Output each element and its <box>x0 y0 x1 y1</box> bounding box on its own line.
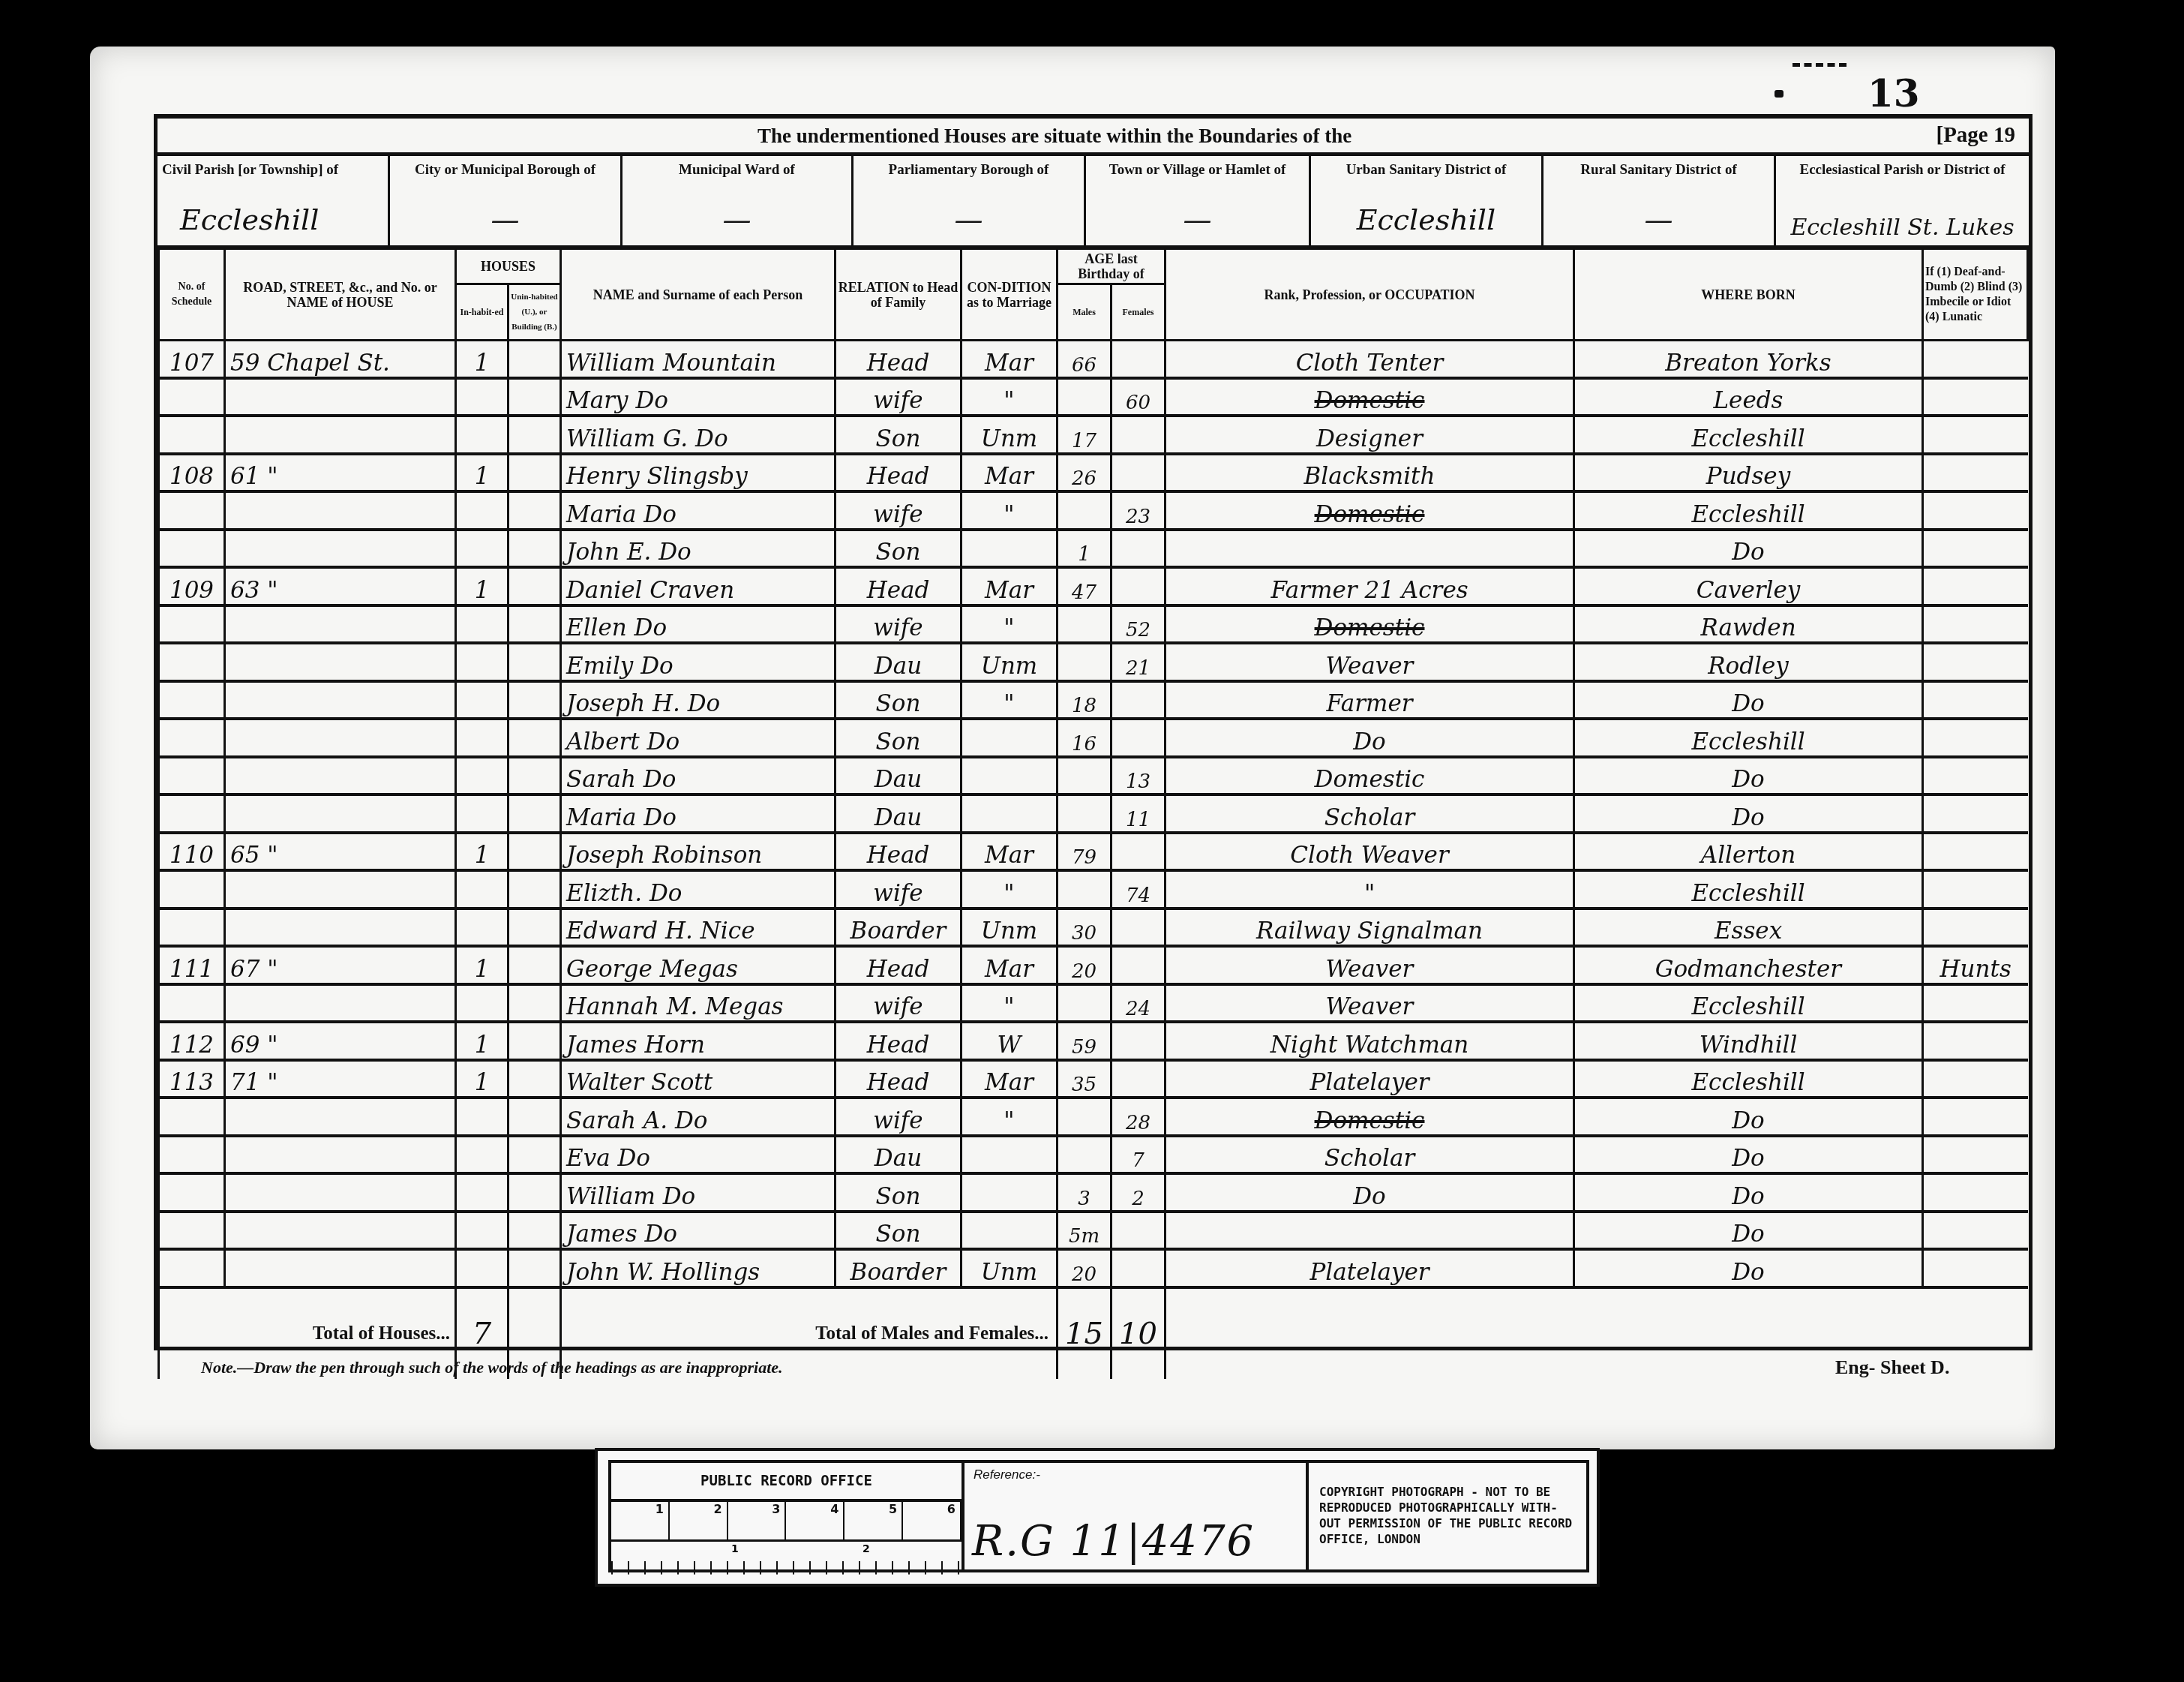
female-age <box>1111 1022 1165 1060</box>
occupation <box>1165 1212 1574 1250</box>
male-age <box>1057 643 1111 681</box>
uninhabited-count <box>508 1098 561 1136</box>
table-row: Maria DoDau11ScholarDo <box>159 794 2028 833</box>
relation-to-head: Son <box>835 530 961 568</box>
marital-condition: " <box>961 984 1057 1023</box>
schedule-number <box>159 643 225 681</box>
inhabited-count <box>456 757 508 795</box>
infirmity <box>1923 1136 2028 1174</box>
male-age: 3 <box>1057 1173 1111 1212</box>
inhabited-count <box>456 909 508 947</box>
sheet-label: Eng- Sheet D. <box>1835 1356 1949 1379</box>
male-age: 5m <box>1057 1212 1111 1250</box>
marital-condition: Mar <box>961 1060 1057 1098</box>
occupation: Railway Signalman <box>1165 909 1574 947</box>
reference-label: Reference:- <box>973 1467 1040 1482</box>
schedule-number <box>159 909 225 947</box>
road-address <box>225 1212 456 1250</box>
person-name: Edward H. Nice <box>561 909 835 947</box>
road-address <box>225 605 456 644</box>
ruler-cm: 1 2 3 4 5 6 <box>611 1502 961 1542</box>
female-age: 7 <box>1111 1136 1165 1174</box>
table-row: Elizth. Dowife"74"Eccleshill <box>159 870 2028 909</box>
census-form: The undermentioned Houses are situate wi… <box>154 114 2032 1350</box>
uninhabited-count <box>508 1136 561 1174</box>
occupation <box>1165 530 1574 568</box>
col-schedule: No. of Schedule <box>159 250 225 341</box>
female-age <box>1111 946 1165 984</box>
person-name: Henry Slingsby <box>561 454 835 492</box>
schedule-number: 109 <box>159 567 225 605</box>
total-males: 15 <box>1057 1287 1111 1379</box>
inhabited-count: 1 <box>456 1022 508 1060</box>
table-row: Mary Dowife"60DomesticLeeds <box>159 378 2028 416</box>
uninhabited-count <box>508 984 561 1023</box>
birthplace: Caverley <box>1574 567 1923 605</box>
table-row: Eva DoDau7ScholarDo <box>159 1136 2028 1174</box>
male-age: 30 <box>1057 909 1111 947</box>
inhabited-count <box>456 530 508 568</box>
birthplace: Do <box>1574 794 1923 833</box>
road-address <box>225 530 456 568</box>
road-address: 63 " <box>225 567 456 605</box>
person-name: Walter Scott <box>561 1060 835 1098</box>
uninhabited-count <box>508 643 561 681</box>
road-address <box>225 1136 456 1174</box>
uninhabited-count <box>508 833 561 871</box>
occupation: Platelayer <box>1165 1060 1574 1098</box>
relation-to-head: Boarder <box>835 909 961 947</box>
birthplace: Do <box>1574 1212 1923 1250</box>
table-row: Sarah A. Dowife"28DomesticDo <box>159 1098 2028 1136</box>
occupation: Platelayer <box>1165 1249 1574 1287</box>
birthplace: Windhill <box>1574 1022 1923 1060</box>
person-name: James Do <box>561 1212 835 1250</box>
infirmity <box>1923 454 2028 492</box>
road-address: 69 " <box>225 1022 456 1060</box>
birthplace: Pudsey <box>1574 454 1923 492</box>
household-table: No. of Schedule ROAD, STREET, &c., and N… <box>157 250 2029 1379</box>
birthplace: Eccleshill <box>1574 416 1923 454</box>
birthplace: Rawden <box>1574 605 1923 644</box>
inhabited-count <box>456 681 508 719</box>
road-address <box>225 1098 456 1136</box>
inhabited-count <box>456 870 508 909</box>
schedule-number <box>159 984 225 1023</box>
person-name: Mary Do <box>561 378 835 416</box>
form-title-row: The undermentioned Houses are situate wi… <box>157 119 2029 156</box>
relation-to-head: Dau <box>835 794 961 833</box>
road-address <box>225 681 456 719</box>
birthplace: Eccleshill <box>1574 1060 1923 1098</box>
schedule-number <box>159 530 225 568</box>
form-title: The undermentioned Houses are situate wi… <box>757 125 1351 148</box>
table-row: 11269 "1James HornHeadW59Night WatchmanW… <box>159 1022 2028 1060</box>
inhabited-count <box>456 1136 508 1174</box>
inhabited-count: 1 <box>456 567 508 605</box>
occupation: Scholar <box>1165 794 1574 833</box>
marital-condition: Mar <box>961 833 1057 871</box>
marital-condition <box>961 1173 1057 1212</box>
infirmity <box>1923 567 2028 605</box>
uninhabited-count <box>508 946 561 984</box>
relation-to-head: Son <box>835 1212 961 1250</box>
occupation: Weaver <box>1165 984 1574 1023</box>
person-name: Hannah M. Megas <box>561 984 835 1023</box>
marital-condition: " <box>961 605 1057 644</box>
uninhabited-count <box>508 1173 561 1212</box>
female-age <box>1111 454 1165 492</box>
household-rows: 10759 Chapel St.1William MountainHeadMar… <box>159 341 2028 1287</box>
col-age: AGE last Birthday of <box>1057 250 1165 284</box>
occupation: Domestic <box>1165 605 1574 644</box>
person-name: Joseph H. Do <box>561 681 835 719</box>
table-row: 10759 Chapel St.1William MountainHeadMar… <box>159 341 2028 378</box>
road-address <box>225 984 456 1023</box>
female-age: 23 <box>1111 491 1165 530</box>
marital-condition: " <box>961 1098 1057 1136</box>
relation-to-head: Dau <box>835 1136 961 1174</box>
table-row: Edward H. NiceBoarderUnm30Railway Signal… <box>159 909 2028 947</box>
occupation: Domestic <box>1165 378 1574 416</box>
table-row: 11065 "1Joseph RobinsonHeadMar79Cloth We… <box>159 833 2028 871</box>
schedule-number <box>159 1098 225 1136</box>
schedule-number <box>159 719 225 757</box>
inhabited-count: 1 <box>456 454 508 492</box>
relation-to-head: wife <box>835 984 961 1023</box>
inhabited-count <box>456 643 508 681</box>
infirmity <box>1923 605 2028 644</box>
inhabited-count <box>456 416 508 454</box>
marital-condition: Mar <box>961 567 1057 605</box>
uninhabited-count <box>508 681 561 719</box>
road-address <box>225 378 456 416</box>
male-age <box>1057 378 1111 416</box>
birthplace: Do <box>1574 1249 1923 1287</box>
person-name: Sarah Do <box>561 757 835 795</box>
birthplace: Godmanchester <box>1574 946 1923 984</box>
uninhabited-count <box>508 1022 561 1060</box>
male-age: 66 <box>1057 341 1111 378</box>
female-age: 52 <box>1111 605 1165 644</box>
folio-number: 13 <box>1867 71 1920 116</box>
marital-condition: Mar <box>961 946 1057 984</box>
record-office-stamp: PUBLIC RECORD OFFICE 1 2 3 4 5 6 1 2 Ref… <box>595 1448 1600 1587</box>
district-parliamentary-borough: Parliamentary Borough of — <box>853 156 1086 245</box>
birthplace: Do <box>1574 1173 1923 1212</box>
table-row: John E. DoSon1Do <box>159 530 2028 568</box>
col-road: ROAD, STREET, &c., and No. or NAME of HO… <box>225 250 456 341</box>
schedule-number: 111 <box>159 946 225 984</box>
inhabited-count <box>456 1098 508 1136</box>
uninhabited-count <box>508 794 561 833</box>
person-name: James Horn <box>561 1022 835 1060</box>
inhabited-count <box>456 984 508 1023</box>
uninhabited-count <box>508 378 561 416</box>
road-address <box>225 909 456 947</box>
table-row: William G. DoSonUnm17DesignerEccleshill <box>159 416 2028 454</box>
table-row: Hannah M. Megaswife"24WeaverEccleshill <box>159 984 2028 1023</box>
occupation: Scholar <box>1165 1136 1574 1174</box>
uninhabited-count <box>508 870 561 909</box>
inhabited-count <box>456 605 508 644</box>
birthplace: Do <box>1574 757 1923 795</box>
folio-dash <box>1792 63 1846 71</box>
birthplace: Eccleshill <box>1574 491 1923 530</box>
schedule-number <box>159 1249 225 1287</box>
inhabited-count: 1 <box>456 341 508 378</box>
relation-to-head: Head <box>835 946 961 984</box>
inhabited-count: 1 <box>456 833 508 871</box>
marital-condition: " <box>961 681 1057 719</box>
relation-to-head: Son <box>835 719 961 757</box>
birthplace: Do <box>1574 1098 1923 1136</box>
table-row: 11371 "1Walter ScottHeadMar35PlatelayerE… <box>159 1060 2028 1098</box>
person-name: William Mountain <box>561 341 835 378</box>
infirmity <box>1923 1249 2028 1287</box>
table-row: 10861 "1Henry SlingsbyHeadMar26Blacksmit… <box>159 454 2028 492</box>
uninhabited-count <box>508 1212 561 1250</box>
ink-dot <box>1774 90 1783 98</box>
infirmity <box>1923 530 2028 568</box>
uninhabited-count <box>508 454 561 492</box>
inhabited-count <box>456 378 508 416</box>
birthplace: Essex <box>1574 909 1923 947</box>
infirmity <box>1923 719 2028 757</box>
district-value: Eccleshill St. Lukes <box>1776 215 2029 241</box>
male-age <box>1057 794 1111 833</box>
female-age <box>1111 909 1165 947</box>
marital-condition: Unm <box>961 416 1057 454</box>
inhabited-count <box>456 1249 508 1287</box>
infirmity <box>1923 833 2028 871</box>
col-houses: HOUSES <box>456 250 561 284</box>
relation-to-head: Head <box>835 833 961 871</box>
infirmity <box>1923 1060 2028 1098</box>
inhabited-count: 1 <box>456 946 508 984</box>
person-name: Joseph Robinson <box>561 833 835 871</box>
infirmity <box>1923 491 2028 530</box>
schedule-number <box>159 870 225 909</box>
col-where-born: WHERE BORN <box>1574 250 1923 341</box>
col-relation: RELATION to Head of Family <box>835 250 961 341</box>
scale-ruler-box: PUBLIC RECORD OFFICE 1 2 3 4 5 6 1 2 <box>608 1460 964 1572</box>
relation-to-head: wife <box>835 491 961 530</box>
person-name: Maria Do <box>561 491 835 530</box>
infirmity <box>1923 870 2028 909</box>
inhabited-count <box>456 794 508 833</box>
schedule-number <box>159 491 225 530</box>
district-town-village: Town or Village or Hamlet of — <box>1086 156 1311 245</box>
col-inhabited: In-habit-ed <box>456 284 508 341</box>
schedule-number: 112 <box>159 1022 225 1060</box>
occupation: Weaver <box>1165 643 1574 681</box>
birthplace: Do <box>1574 530 1923 568</box>
occupation: Weaver <box>1165 946 1574 984</box>
schedule-number: 110 <box>159 833 225 871</box>
road-address <box>225 794 456 833</box>
district-value: Eccleshill <box>157 203 388 236</box>
male-age: 18 <box>1057 681 1111 719</box>
col-males: Males <box>1057 284 1111 341</box>
district-rural-sanitary: Rural Sanitary District of — <box>1543 156 1776 245</box>
relation-to-head: wife <box>835 378 961 416</box>
road-address: 71 " <box>225 1060 456 1098</box>
infirmity <box>1923 984 2028 1023</box>
relation-to-head: Head <box>835 567 961 605</box>
female-age: 21 <box>1111 643 1165 681</box>
relation-to-head: wife <box>835 1098 961 1136</box>
marital-condition: W <box>961 1022 1057 1060</box>
uninhabited-count <box>508 530 561 568</box>
schedule-number: 108 <box>159 454 225 492</box>
marital-condition: Unm <box>961 643 1057 681</box>
road-address: 59 Chapel St. <box>225 341 456 378</box>
table-row: John W. HollingsBoarderUnm20PlatelayerDo <box>159 1249 2028 1287</box>
female-age: 60 <box>1111 378 1165 416</box>
table-row: Sarah DoDau13DomesticDo <box>159 757 2028 795</box>
table-row: Albert DoSon16DoEccleshill <box>159 719 2028 757</box>
uninhabited-count <box>508 1060 561 1098</box>
marital-condition <box>961 530 1057 568</box>
male-age <box>1057 1136 1111 1174</box>
female-age <box>1111 719 1165 757</box>
relation-to-head: Son <box>835 416 961 454</box>
birthplace: Do <box>1574 1136 1923 1174</box>
female-age <box>1111 1060 1165 1098</box>
schedule-number <box>159 416 225 454</box>
reference-box: Reference:- R.G 11|4476 <box>964 1460 1306 1572</box>
district-value: — <box>622 203 851 236</box>
district-value: — <box>853 203 1084 236</box>
occupation: Farmer 21 Acres <box>1165 567 1574 605</box>
person-name: John E. Do <box>561 530 835 568</box>
female-age <box>1111 833 1165 871</box>
male-age <box>1057 605 1111 644</box>
female-age <box>1111 341 1165 378</box>
infirmity: Hunts <box>1923 946 2028 984</box>
road-address <box>225 870 456 909</box>
infirmity <box>1923 909 2028 947</box>
uninhabited-count <box>508 719 561 757</box>
occupation: Domestic <box>1165 491 1574 530</box>
district-civil-parish: Civil Parish [or Township] of Eccleshill <box>157 156 390 245</box>
marital-condition: " <box>961 491 1057 530</box>
infirmity <box>1923 416 2028 454</box>
uninhabited-count <box>508 567 561 605</box>
road-address <box>225 416 456 454</box>
district-municipal-borough: City or Municipal Borough of — <box>390 156 622 245</box>
infirmity <box>1923 794 2028 833</box>
female-age <box>1111 567 1165 605</box>
infirmity <box>1923 1022 2028 1060</box>
occupation: Domestic <box>1165 1098 1574 1136</box>
occupation: Night Watchman <box>1165 1022 1574 1060</box>
male-age: 17 <box>1057 416 1111 454</box>
schedule-number <box>159 681 225 719</box>
marital-condition: Unm <box>961 909 1057 947</box>
road-address <box>225 491 456 530</box>
relation-to-head: Son <box>835 1173 961 1212</box>
district-value: — <box>1086 203 1309 236</box>
occupation: Farmer <box>1165 681 1574 719</box>
schedule-number <box>159 1212 225 1250</box>
person-name: William Do <box>561 1173 835 1212</box>
birthplace: Eccleshill <box>1574 984 1923 1023</box>
schedule-number <box>159 757 225 795</box>
relation-to-head: wife <box>835 870 961 909</box>
district-ecclesiastical-parish: Ecclesiastical Parish or District of Ecc… <box>1776 156 2029 245</box>
schedule-number <box>159 794 225 833</box>
person-name: Daniel Craven <box>561 567 835 605</box>
male-age: 35 <box>1057 1060 1111 1098</box>
table-row: Joseph H. DoSon"18FarmerDo <box>159 681 2028 719</box>
inhabited-count <box>456 491 508 530</box>
person-name: John W. Hollings <box>561 1249 835 1287</box>
male-age: 59 <box>1057 1022 1111 1060</box>
col-occupation: Rank, Profession, or OCCUPATION <box>1165 250 1574 341</box>
table-row: Emily DoDauUnm21WeaverRodley <box>159 643 2028 681</box>
page-tag: [Page 19 <box>1936 123 2016 148</box>
infirmity <box>1923 378 2028 416</box>
marital-condition: Mar <box>961 454 1057 492</box>
birthplace: Do <box>1574 681 1923 719</box>
form-note: Note.—Draw the pen through such of the w… <box>201 1358 783 1377</box>
female-age: 28 <box>1111 1098 1165 1136</box>
schedule-number <box>159 605 225 644</box>
person-name: Sarah A. Do <box>561 1098 835 1136</box>
marital-condition: Mar <box>961 341 1057 378</box>
birthplace: Breaton Yorks <box>1574 341 1923 378</box>
marital-condition <box>961 757 1057 795</box>
relation-to-head: wife <box>835 605 961 644</box>
total-females: 10 <box>1111 1287 1165 1379</box>
table-row: Ellen Dowife"52DomesticRawden <box>159 605 2028 644</box>
schedule-number: 113 <box>159 1060 225 1098</box>
table-row: William DoSon32DoDo <box>159 1173 2028 1212</box>
table-row: 10963 "1Daniel CravenHeadMar47Farmer 21 … <box>159 567 2028 605</box>
schedule-number: 107 <box>159 341 225 378</box>
road-address: 61 " <box>225 454 456 492</box>
occupation: Blacksmith <box>1165 454 1574 492</box>
district-value: — <box>390 203 620 236</box>
marital-condition <box>961 719 1057 757</box>
occupation: Do <box>1165 1173 1574 1212</box>
female-age: 11 <box>1111 794 1165 833</box>
marital-condition: " <box>961 870 1057 909</box>
person-name: William G. Do <box>561 416 835 454</box>
female-age: 24 <box>1111 984 1165 1023</box>
copyright-notice: COPYRIGHT PHOTOGRAPH - NOT TO BE REPRODU… <box>1306 1460 1589 1572</box>
female-age <box>1111 1212 1165 1250</box>
col-condition: CON-DITION as to Marriage <box>961 250 1057 341</box>
marital-condition: Unm <box>961 1249 1057 1287</box>
district-value: Eccleshill <box>1311 203 1541 236</box>
birthplace: Leeds <box>1574 378 1923 416</box>
male-age <box>1057 870 1111 909</box>
relation-to-head: Dau <box>835 643 961 681</box>
marital-condition <box>961 1136 1057 1174</box>
col-uninhabited: Unin-habited (U.), or Building (B.) <box>508 284 561 341</box>
uninhabited-count <box>508 1249 561 1287</box>
reference-value: R.G 11|4476 <box>972 1517 1255 1566</box>
uninhabited-count <box>508 605 561 644</box>
occupation: Designer <box>1165 416 1574 454</box>
male-age: 26 <box>1057 454 1111 492</box>
birthplace: Eccleshill <box>1574 719 1923 757</box>
person-name: George Megas <box>561 946 835 984</box>
inhabited-count <box>456 719 508 757</box>
